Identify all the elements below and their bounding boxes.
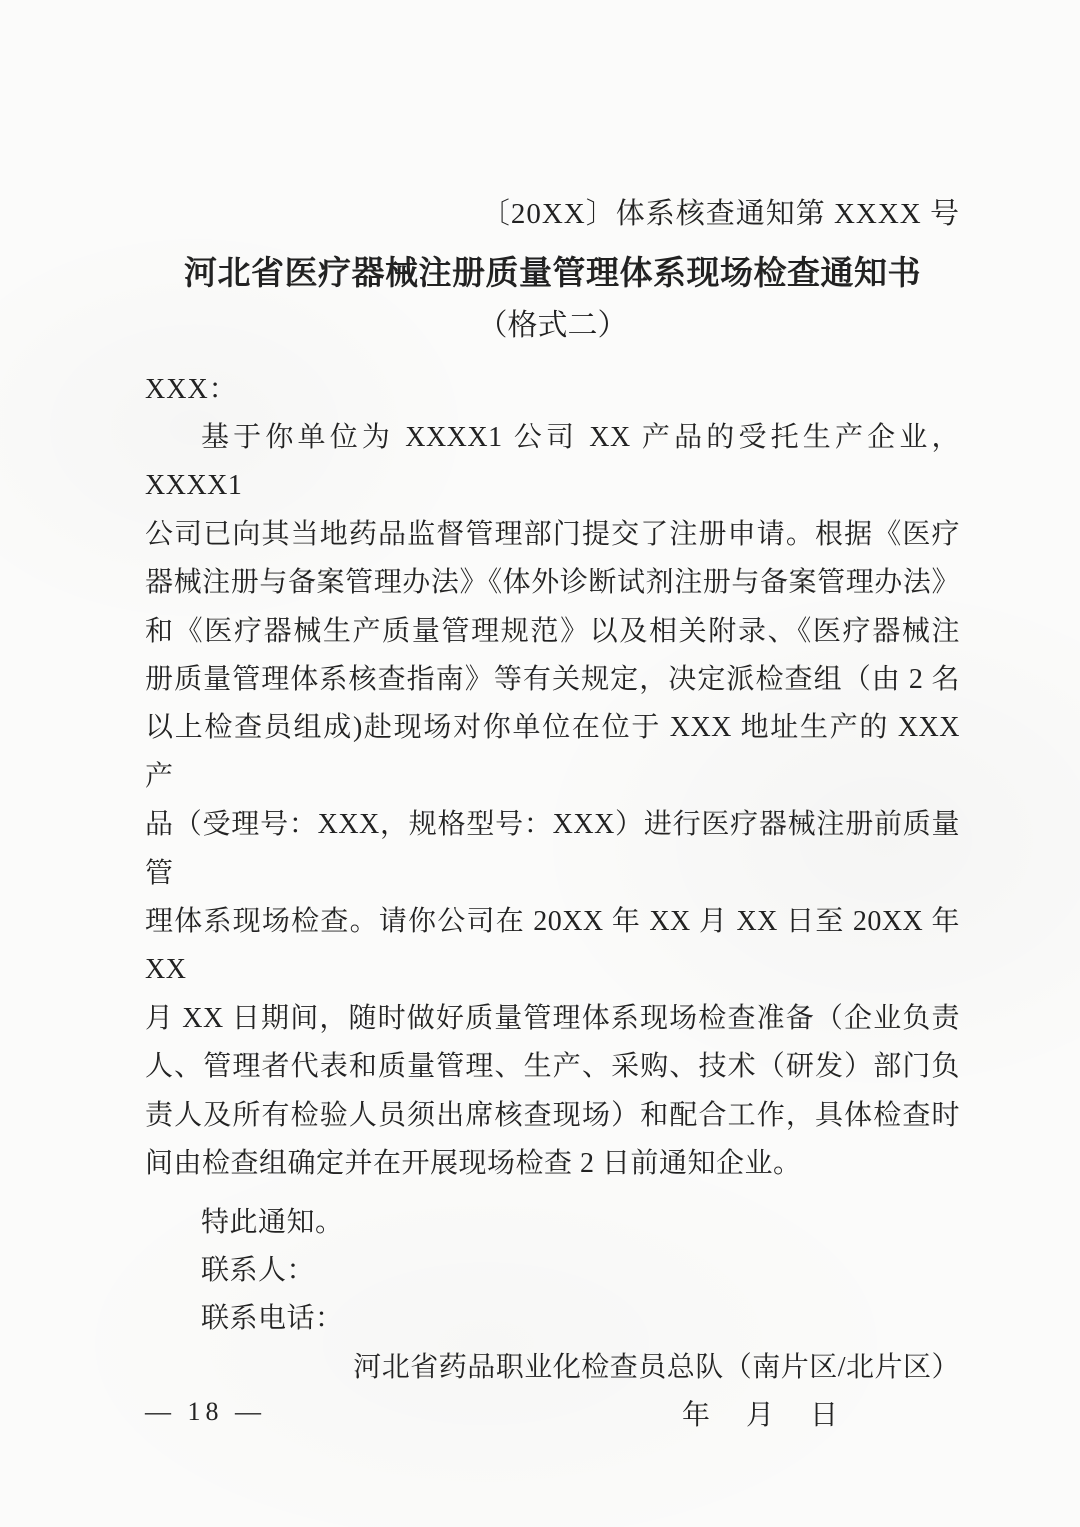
issuer-signature: 河北省药品职业化检查员总队（南片区/北片区） xyxy=(145,1344,960,1392)
body-line: 器械注册与备案管理办法》《体外诊断试剂注册与备案管理办法》 xyxy=(145,559,960,607)
page-number: — 18 — xyxy=(145,1397,266,1427)
body-line: 理体系现场检查。请你公司在 20XX 年 XX 月 XX 日至 20XX 年 X… xyxy=(145,898,960,995)
document-page: 〔20XX〕体系核查通知第 XXXX 号 河北省医疗器械注册质量管理体系现场检查… xyxy=(0,0,1080,1527)
doc-subtitle: （格式二） xyxy=(145,302,960,350)
body-line: 基于你单位为 XXXX1 公司 XX 产品的受托生产企业，XXXX1 xyxy=(145,414,960,511)
body-line: 人、管理者代表和质量管理、生产、采购、技术（研发）部门负 xyxy=(145,1043,960,1091)
body-paragraph: 基于你单位为 XXXX1 公司 XX 产品的受托生产企业，XXXX1 公司已向其… xyxy=(145,414,960,1189)
body-line: 册质量管理体系核查指南》等有关规定，决定派检查组（由 2 名 xyxy=(145,656,960,704)
body-line: 间由检查组确定并在开展现场检查 2 日前通知企业。 xyxy=(145,1140,960,1188)
date-line: 年 月 日 xyxy=(145,1392,960,1440)
closing-line: 特此通知。 xyxy=(145,1199,960,1247)
body-line: 公司已向其当地药品监督管理部门提交了注册申请。根据《医疗 xyxy=(145,511,960,559)
body-line: 以上检查员组成)赴现场对你单位在位于 XXX 地址生产的 XXX 产 xyxy=(145,704,960,801)
body-line: 责人及所有检验人员须出席核查现场）和配合工作，具体检查时 xyxy=(145,1092,960,1140)
salutation: XXX： xyxy=(145,366,960,414)
body-line: 月 XX 日期间，随时做好质量管理体系现场检查准备（企业负责 xyxy=(145,995,960,1043)
body-line: 品（受理号：XXX，规格型号：XXX）进行医疗器械注册前质量管 xyxy=(145,801,960,898)
body-line: 和《医疗器械生产质量管理规范》以及相关附录、《医疗器械注 xyxy=(145,608,960,656)
contact-phone-label: 联系电话： xyxy=(145,1295,960,1343)
page-title: 河北省医疗器械注册质量管理体系现场检查通知书 xyxy=(145,246,960,302)
contact-person-label: 联系人： xyxy=(145,1247,960,1295)
doc-number: 〔20XX〕体系核查通知第 XXXX 号 xyxy=(145,190,960,238)
